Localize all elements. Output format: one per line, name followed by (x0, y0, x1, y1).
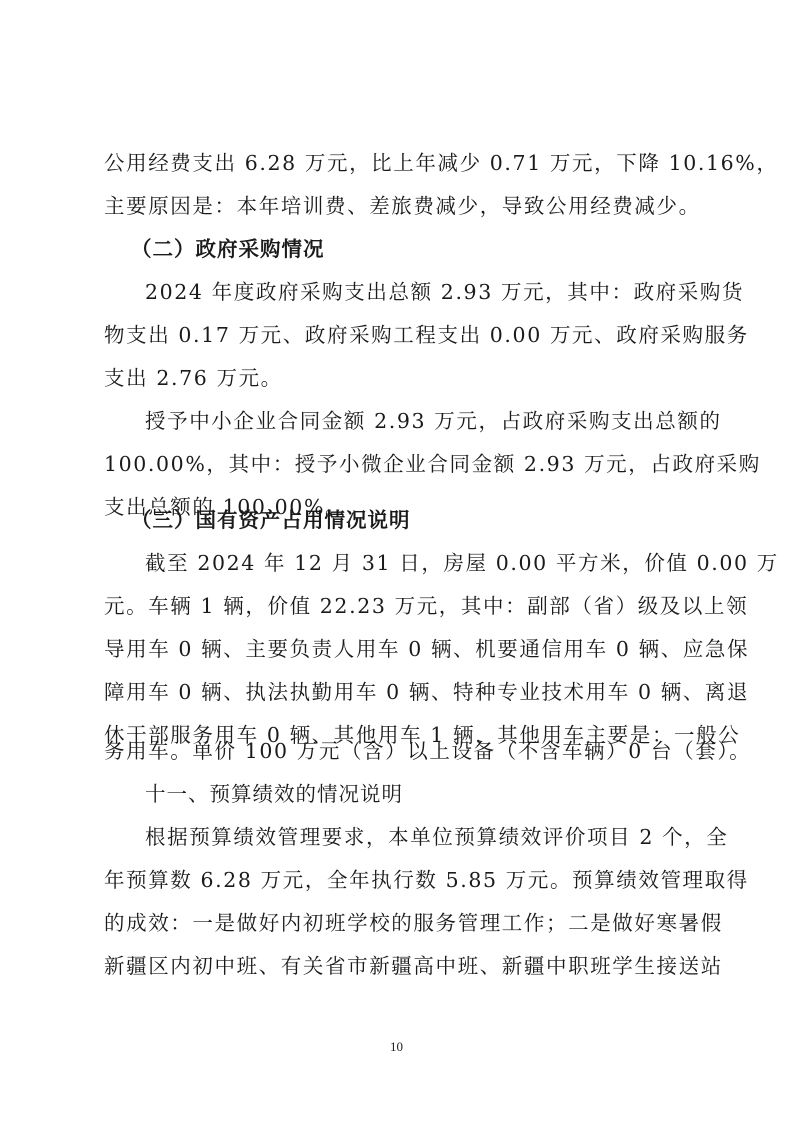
paragraph-line-6: 支出 2.76 万元。 (104, 364, 696, 392)
paragraph-line-20: 的成效：一是做好内初班学校的服务管理工作；二是做好寒暑假 (104, 909, 696, 937)
paragraph-line-21: 新疆区内初中班、有关省市新疆高中班、新疆中职班学生接送站 (104, 952, 696, 980)
paragraph-line-14: 障用车 0 辆、执法执勤用车 0 辆、特种专业技术用车 0 辆、离退 (104, 678, 696, 706)
section-heading-budget-performance: 十一、预算绩效的情况说明 (145, 780, 696, 808)
paragraph-line-18: 根据预算绩效管理要求，本单位预算绩效评价项目 2 个，全 (145, 823, 696, 851)
paragraph-line-12: 元。车辆 1 辆，价值 22.23 万元，其中：副部（省）级及以上领 (104, 592, 696, 620)
paragraph-line-8: 100.00%，其中：授予小微企业合同金额 2.93 万元，占政府采购 (104, 450, 696, 478)
paragraph-line-5: 物支出 0.17 万元、政府采购工程支出 0.00 万元、政府采购服务 (104, 321, 696, 349)
page-number: 10 (0, 1039, 793, 1055)
document-page: 公用经费支出 6.28 万元，比上年减少 0.71 万元，下降 10.16%， … (0, 0, 793, 1122)
paragraph-line-1: 公用经费支出 6.28 万元，比上年减少 0.71 万元，下降 10.16%， (104, 149, 696, 177)
subheading-government-procurement: （二）政府采购情况 (131, 235, 682, 263)
paragraph-line-19: 年预算数 6.28 万元，全年执行数 5.85 万元。预算绩效管理取得 (104, 866, 696, 894)
paragraph-line-13: 导用车 0 辆、主要负责人用车 0 辆、机要通信用车 0 辆、应急保 (104, 635, 696, 663)
paragraph-line-11: 截至 2024 年 12 月 31 日，房屋 0.00 平方米，价值 0.00 … (145, 549, 696, 577)
paragraph-line-16: 务用车。单价 100 万元（含）以上设备（不含车辆）0 台（套）。 (104, 737, 696, 765)
paragraph-line-4: 2024 年度政府采购支出总额 2.93 万元，其中：政府采购货 (145, 278, 696, 306)
subheading-state-assets: （三）国有资产占用情况说明 (131, 506, 682, 534)
paragraph-line-7: 授予中小企业合同金额 2.93 万元，占政府采购支出总额的 (145, 407, 696, 435)
paragraph-line-2: 主要原因是：本年培训费、差旅费减少，导致公用经费减少。 (104, 192, 696, 220)
